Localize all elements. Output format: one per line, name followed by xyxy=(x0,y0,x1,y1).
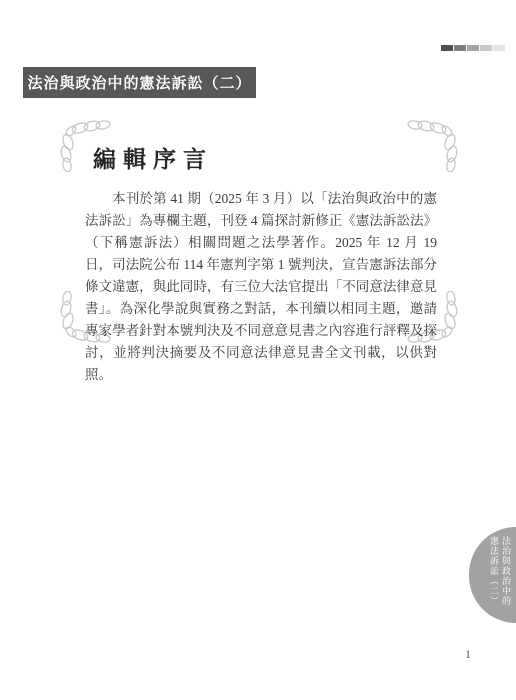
category-label: 法治與政治中的憲法訴訟（二） xyxy=(27,72,251,93)
category-label-box: 法治與政治中的憲法訴訟（二） xyxy=(23,67,256,98)
decor-square xyxy=(467,45,479,51)
decor-square xyxy=(441,45,453,51)
page-title: 編輯序言 xyxy=(93,141,213,174)
decor-square xyxy=(493,45,505,51)
decor-square xyxy=(480,45,492,51)
page-number: 1 xyxy=(458,647,478,662)
flourish-top-right-icon xyxy=(406,118,460,172)
document-page: 法治與政治中的憲法訴訟（二） xyxy=(0,0,516,700)
side-index-tab-label: 法治與政治中的憲法訴訟（二） xyxy=(488,536,512,614)
side-index-tab: 法治與政治中的憲法訴訟（二） xyxy=(469,527,516,623)
decor-square xyxy=(454,45,466,51)
editorial-paragraph: 本刊於第 41 期（2025 年 3 月）以「法治與政治中的憲法訴訟」為專欄主題… xyxy=(85,188,437,386)
corner-decoration-squares xyxy=(441,45,505,51)
